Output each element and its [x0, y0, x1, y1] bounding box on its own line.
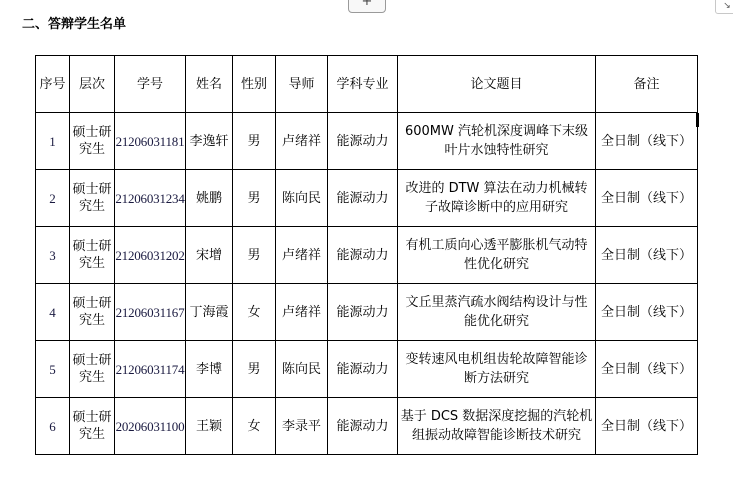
cell-seq: 2 — [36, 170, 70, 227]
cell-seq: 4 — [36, 284, 70, 341]
cell-name: 王颖 — [186, 398, 233, 455]
cell-level: 硕士研究生 — [70, 113, 115, 170]
cell-gender: 女 — [233, 284, 276, 341]
header-name: 姓名 — [186, 56, 233, 113]
cell-level: 硕士研究生 — [70, 284, 115, 341]
header-thesis: 论文题目 — [398, 56, 596, 113]
cell-gender: 男 — [233, 113, 276, 170]
cell-name: 李博 — [186, 341, 233, 398]
cell-advisor: 陈向民 — [276, 170, 328, 227]
cell-seq: 3 — [36, 227, 70, 284]
header-major: 学科专业 — [328, 56, 398, 113]
cell-name: 宋增 — [186, 227, 233, 284]
cell-gender: 男 — [233, 227, 276, 284]
cell-student-id: 20206031100 — [115, 398, 186, 455]
header-gender: 性别 — [233, 56, 276, 113]
cell-major: 能源动力 — [328, 227, 398, 284]
cell-note: 全日制（线下） — [596, 341, 698, 398]
table-row: 5 硕士研究生 21206031174 李博 男 陈向民 能源动力 变转速风电机… — [36, 341, 698, 398]
section-title: 二、答辩学生名单 — [22, 13, 126, 32]
cell-seq: 5 — [36, 341, 70, 398]
table-header-row: 序号 层次 学号 姓名 性别 导师 学科专业 论文题目 备注 — [36, 56, 698, 113]
resize-icon[interactable]: ↘ — [715, 0, 733, 14]
cell-major: 能源动力 — [328, 170, 398, 227]
add-button[interactable]: + — [348, 0, 386, 13]
cell-student-id: 21206031181 — [115, 113, 186, 170]
cell-gender: 男 — [233, 170, 276, 227]
table-row: 6 硕士研究生 20206031100 王颖 女 李录平 能源动力 基于 DCS… — [36, 398, 698, 455]
table-row: 2 硕士研究生 21206031234 姚鹏 男 陈向民 能源动力 改进的 DT… — [36, 170, 698, 227]
cell-thesis: 变转速风电机组齿轮故障智能诊断方法研究 — [398, 341, 596, 398]
cell-note: 全日制（线下） — [596, 113, 698, 170]
table-row: 3 硕士研究生 21206031202 宋增 男 卢绪祥 能源动力 有机工质向心… — [36, 227, 698, 284]
cell-student-id: 21206031234 — [115, 170, 186, 227]
header-seq: 序号 — [36, 56, 70, 113]
cell-student-id: 21206031167 — [115, 284, 186, 341]
cell-advisor: 卢绪祥 — [276, 284, 328, 341]
cell-level: 硕士研究生 — [70, 398, 115, 455]
cell-thesis: 有机工质向心透平膨胀机气动特性优化研究 — [398, 227, 596, 284]
cell-name: 丁海霞 — [186, 284, 233, 341]
header-advisor: 导师 — [276, 56, 328, 113]
cell-thesis: 基于 DCS 数据深度挖掘的汽轮机组振动故障智能诊断技术研究 — [398, 398, 596, 455]
cell-note: 全日制（线下） — [596, 398, 698, 455]
table-row: 4 硕士研究生 21206031167 丁海霞 女 卢绪祥 能源动力 文丘里蒸汽… — [36, 284, 698, 341]
cell-advisor: 卢绪祥 — [276, 113, 328, 170]
cell-note: 全日制（线下） — [596, 170, 698, 227]
text-cursor — [696, 113, 699, 127]
cell-advisor: 陈向民 — [276, 341, 328, 398]
table-row: 1 硕士研究生 21206031181 李逸轩 男 卢绪祥 能源动力 600MW… — [36, 113, 698, 170]
cell-gender: 男 — [233, 341, 276, 398]
cell-advisor: 李录平 — [276, 398, 328, 455]
cell-major: 能源动力 — [328, 284, 398, 341]
cell-gender: 女 — [233, 398, 276, 455]
cell-major: 能源动力 — [328, 113, 398, 170]
cell-major: 能源动力 — [328, 398, 398, 455]
cell-thesis: 600MW 汽轮机深度调峰下末级叶片水蚀特性研究 — [398, 113, 596, 170]
header-note: 备注 — [596, 56, 698, 113]
header-student-id: 学号 — [115, 56, 186, 113]
cell-student-id: 21206031202 — [115, 227, 186, 284]
defense-student-table: 序号 层次 学号 姓名 性别 导师 学科专业 论文题目 备注 1 硕士研究生 2… — [35, 55, 698, 455]
cell-advisor: 卢绪祥 — [276, 227, 328, 284]
cell-name: 李逸轩 — [186, 113, 233, 170]
cell-seq: 1 — [36, 113, 70, 170]
cell-level: 硕士研究生 — [70, 341, 115, 398]
cell-note: 全日制（线下） — [596, 227, 698, 284]
cell-level: 硕士研究生 — [70, 170, 115, 227]
cell-name: 姚鹏 — [186, 170, 233, 227]
cell-level: 硕士研究生 — [70, 227, 115, 284]
cell-note: 全日制（线下） — [596, 284, 698, 341]
cell-thesis: 改进的 DTW 算法在动力机械转子故障诊断中的应用研究 — [398, 170, 596, 227]
cell-seq: 6 — [36, 398, 70, 455]
cell-thesis: 文丘里蒸汽疏水阀结构设计与性能优化研究 — [398, 284, 596, 341]
cell-major: 能源动力 — [328, 341, 398, 398]
header-level: 层次 — [70, 56, 115, 113]
cell-student-id: 21206031174 — [115, 341, 186, 398]
